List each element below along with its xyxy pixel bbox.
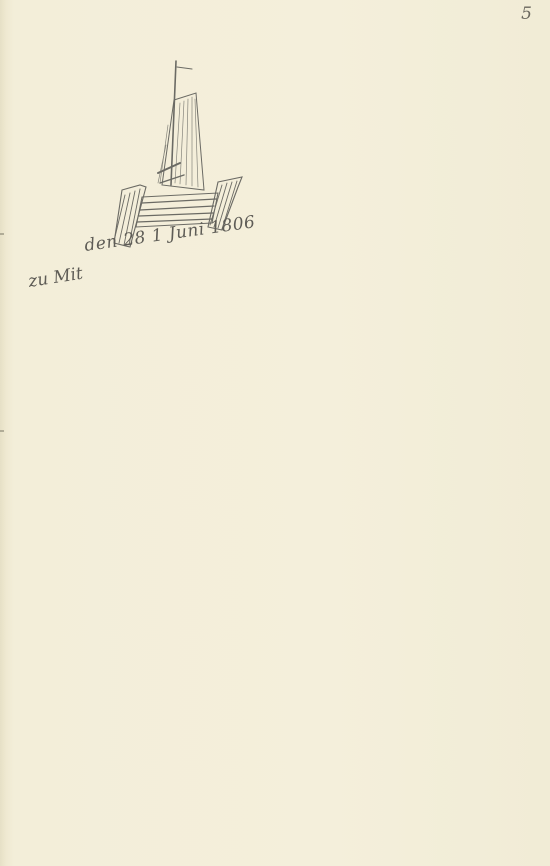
sketchbook-page: 5 — [0, 0, 550, 866]
margin-mark — [0, 430, 4, 432]
page-number: 5 — [521, 4, 532, 24]
margin-mark — [0, 233, 4, 235]
inscription-place: zu Mit — [27, 264, 84, 292]
